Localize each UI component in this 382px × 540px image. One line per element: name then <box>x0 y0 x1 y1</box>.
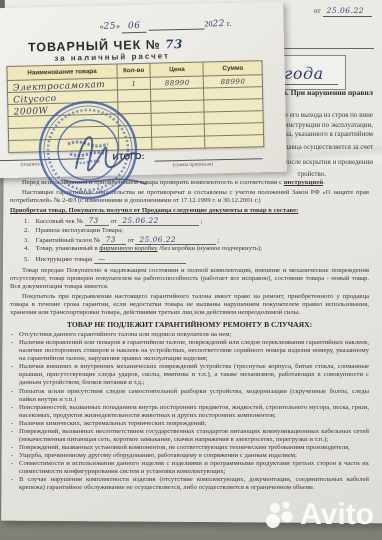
doc-item-text: Инструкцию товара <box>36 256 93 263</box>
doc-item-date-handwritten: 25.06.22 <box>135 235 216 245</box>
doc-item-number-handwritten: 73 <box>85 216 109 226</box>
avito-watermark: Avito <box>265 498 374 532</box>
doc-item-4: 4. Товар, упакованный в фирменную коробк… <box>24 245 369 253</box>
signature-icon <box>58 118 150 192</box>
doc-item-3: 3. Гарантийный талон № 73 от 25.06.22 ; <box>24 235 369 245</box>
no-warranty-case: Повреждений, вызванных несоответствием г… <box>10 428 369 444</box>
no-warranty-case: Наличия химических, экстремальных термич… <box>10 420 369 428</box>
col-header-qty: Кол-во <box>117 63 151 78</box>
doc-item-5: 5. Инструкцию товара — <box>24 254 369 264</box>
doc-item-num: 4. <box>24 245 34 253</box>
side-fragment: ом после вскрытия и проведении <box>274 158 373 166</box>
col-header-sum: Сумма <box>203 61 262 76</box>
receipt-month-handwritten: 06 <box>122 21 147 34</box>
no-warranty-case: Повреждений, вызванных установкой компон… <box>10 444 369 452</box>
side-from-date-handwritten: 25.06.22 <box>323 6 372 17</box>
side-fragment: тройство. <box>297 170 326 178</box>
doc-item-num: 1. <box>24 218 34 226</box>
receipt-year-suffix: г. <box>227 19 232 28</box>
side-fragment: нии. При нарушении правил <box>274 88 373 97</box>
doc-item-date-handwritten: 25.06.22 <box>118 216 199 226</box>
warranty-terms-text: Перед использованием и приобретением тов… <box>10 179 369 492</box>
doc-item-underlined-choice: фирменную коробку <box>99 245 157 252</box>
receipt-number-handwritten: 73 <box>165 37 183 51</box>
doc-item-1: 1. Кассовый чек № 73 от 25.06.22 ; <box>24 216 369 226</box>
receipt-subtitle: за наличный расчет <box>54 51 170 63</box>
side-fragment: продавца осуществляется за счет <box>274 143 373 151</box>
no-warranty-case: Наличия внешних и внутренних механически… <box>10 363 369 387</box>
receipt-year-handwritten: 22 <box>212 19 225 29</box>
doc-item-2: 2. Правила эксплуатации Товара; <box>24 227 369 235</box>
avito-logo-icon <box>265 500 297 530</box>
signature-scribble <box>58 118 150 192</box>
doc-item-number-handwritten: 73 <box>102 235 126 245</box>
no-warranty-case: Отсутствия данного гарантийного талона и… <box>10 331 369 339</box>
cell-qty-handwritten: 1 <box>117 77 151 90</box>
receipt-century: 20 <box>204 19 212 28</box>
doc-item-text: Кассовый чек № <box>36 218 83 225</box>
doc-item-num: 5. <box>24 256 34 264</box>
receipt-day-handwritten: 25 <box>103 22 116 32</box>
no-warranty-case: В случае нарушения комплектности изделия… <box>10 476 369 492</box>
paragraph-goods-condition: Товар передан Покупателю в надлежащем со… <box>10 267 369 291</box>
no-warranty-case: Совместимости и использования данного из… <box>10 460 369 476</box>
doc-item-dash-handwritten: — <box>94 254 186 264</box>
doc-item-post: ; <box>201 218 203 225</box>
doc-item-num: 2. <box>24 227 34 235</box>
no-warranty-case: Попыток и/или присутствия следов самосто… <box>10 388 369 404</box>
no-warranty-heading: ТОВАР НЕ ПОДЛЕЖИТ ГАРАНТИЙНОМУ РЕМОНТУ В… <box>10 320 369 329</box>
side-from-label: от <box>314 6 321 15</box>
doc-item-from: от <box>110 218 116 225</box>
doc-item-text: Гарантийный талон № <box>36 237 100 244</box>
doc-item-text: Товар, упакованный в <box>36 245 100 252</box>
doc-item-text: Правила эксплуатации Товара; <box>36 227 123 234</box>
doc-item-from: от <box>128 237 134 244</box>
side-fragment: лучае его выхода из строя по вине <box>271 111 373 119</box>
p1-emphasis: инструкцией <box>284 179 323 186</box>
p1-post: . <box>323 179 325 186</box>
photo-of-receipt-document: от 25.06.22 2 года нии. При нарушении пр… <box>0 0 382 540</box>
no-warranty-case: Неисправностей, вызванных попаданием вну… <box>10 404 369 420</box>
documents-list-heading: Приобретая товар, Покупатель получил от … <box>10 207 369 215</box>
paragraph-repair-right: Покупатель при предъявлении настоящего г… <box>10 293 369 317</box>
total-hint: (сумма прописью) <box>173 161 214 168</box>
doc-item-post: /без коробки (нужное подчеркнуть); <box>159 245 262 252</box>
col-header-price: Цена <box>150 62 203 77</box>
no-warranty-case: Ущерба, причиненному другому оборудовани… <box>10 452 369 460</box>
avito-watermark-label: Avito <box>300 498 374 532</box>
doc-item-post: ; <box>218 237 220 244</box>
no-warranty-case: Наличия исправлений или помарок в гарант… <box>10 339 369 363</box>
side-from-date: от 25.06.22 <box>314 6 372 15</box>
receipt-date-line: «25» 06 2022 г. <box>99 19 231 32</box>
doc-item-num: 3. <box>24 237 34 245</box>
side-fragment: в инструкции по эксплуатации, <box>280 121 373 129</box>
